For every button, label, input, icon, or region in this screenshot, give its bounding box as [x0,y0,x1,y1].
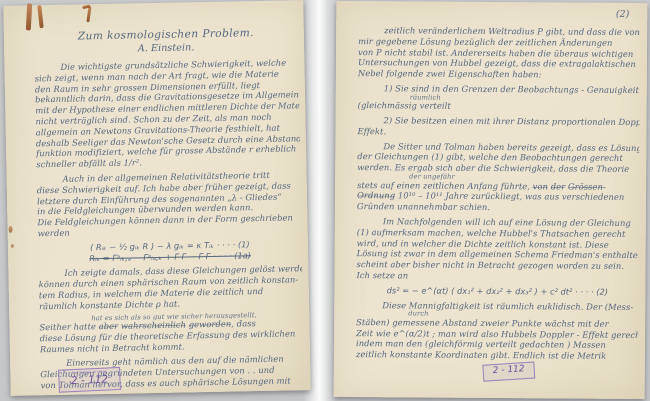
paragraph: hat es sich als so gut wie sicher heraus… [39,311,304,355]
handwritten-line: Ich setze an [356,270,638,283]
handwritten-line: zeitlich konstante Koordinaten gibt. End… [356,349,638,362]
manuscript-page-1: Zum kosmologischen Problem. A. Einstein.… [3,0,310,396]
paragraph: zeitlich veränderlichem Weltradius P gib… [358,25,640,81]
archive-stamp: A. Einstein Archive 2 - 112 [58,367,121,393]
handwritten-line: Effekt. [357,126,639,139]
handwritten-line: Gründen unannehmbar schien. [357,201,639,214]
list-item-1: 1) Sie sind in den Grenzen der Beobachtu… [358,83,640,113]
page-2-text: zeitlich veränderlichem Weltradius P gib… [356,25,640,366]
rust-stain [37,5,43,28]
handwritten-line: Nebel folgende zwei Eigenschaften haben: [358,68,640,81]
equation-block: ds² = − e^(αt) ( dx₁² + dx₂² + dx₃² ) + … [356,285,638,298]
handwritten-line: (gleichmässig verteilt [358,100,640,113]
rust-stain [9,226,13,233]
paragraph: Diese Mannigfaltigkeit ist räumlich eukl… [356,300,638,362]
list-item-2: 2) Sie besitzen einen mit ihrer Distanz … [357,115,639,139]
rust-stain [86,6,91,22]
rust-stain [26,3,32,30]
paragraph: Ich zeigte damals, dass diese Gleichunge… [38,264,303,312]
archive-stamp-number: 2 - 112 [59,373,120,389]
manuscript-page-2: (2) zeitlich veränderlichem Weltradius P… [334,1,648,399]
paragraph: Im Nachfolgenden will ich auf eine Lösun… [356,216,638,283]
archive-stamp: 2 - 112 [482,362,535,382]
equation-block: ( Rᵢₖ − ½ gᵢₖ R ) − λ gᵢₖ = κ Tᵢₖ · · · … [38,238,302,265]
paragraph: Die wichtigste grundsätzliche Schwierigk… [34,57,300,170]
paragraph: De Sitter und Tolman haben bereits gezei… [357,141,639,214]
archive-stamp-number: 2 - 112 [483,363,534,379]
page-number: (2) [616,9,630,20]
handwritten-line: 2) Sie besitzen einen mit ihrer Distanz … [358,115,640,128]
manuscript-scan: Zum kosmologischen Problem. A. Einstein.… [0,0,650,401]
handwritten-line: ds² = − e^(αt) ( dx₁² + dx₂² + dx₃² ) + … [356,285,638,298]
paragraph: Auch in der allgemeinen Relativitätstheo… [37,169,302,239]
rust-stain [11,244,14,248]
page-1-text: Zum kosmologischen Problem. A. Einstein.… [34,26,305,395]
